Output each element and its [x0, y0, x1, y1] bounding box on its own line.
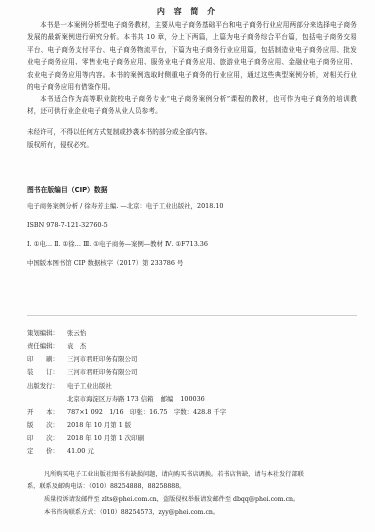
binding-row: 装 订：三河市君旺印务有限公司 — [27, 367, 137, 377]
format-row: 开 本：787×1 092 1/16 印张：16.75 字数：428.8 千字 — [27, 407, 226, 417]
footer-line-2: 系，联系及邮购电话：（010）88254888，88258888。 — [27, 482, 185, 492]
responsible-editor-value: 袁 杰 — [67, 342, 86, 350]
impression-label: 印 次： — [27, 433, 67, 443]
price-row: 定 价：41.00 元 — [27, 446, 94, 456]
cip-library-record: 中国版本图书馆 CIP 数据核字（2017）第 233786 号 — [27, 258, 183, 268]
postcode-label: 邮编 — [161, 395, 174, 403]
publisher-row: 出版发行：电子工业出版社 — [27, 381, 112, 391]
printing-row: 印 刷：三河市君旺印务有限公司 — [27, 354, 137, 364]
binding-label: 装 订： — [27, 367, 67, 377]
copyright-page: 内 容 简 介 本书是一本案例分析型电子商务教材，主要从电子商务基础平台和电子商… — [0, 0, 375, 532]
postcode-value: 100036 — [180, 395, 204, 403]
responsible-editor-label: 责任编辑： — [27, 341, 67, 351]
planning-editor-row: 策划编辑：张云怡 — [27, 328, 86, 338]
impression-row: 印 次：2018 年 10 月第 1 次印刷 — [27, 433, 144, 443]
cip-classification: Ⅰ. ①电… Ⅱ. ①徐… Ⅲ. ①电子商务—案例—教材 Ⅳ. ①F713.36 — [27, 239, 208, 249]
footer-line-1: 凡所购买电子工业出版社图书有缺损问题，请向购买书店调换。若书店售缺，请与本社发行… — [44, 470, 304, 480]
address-street: 北京市海淀区万寿路 173 信箱 — [67, 395, 154, 403]
publisher-address: 北京市海淀区万寿路 173 信箱邮编100036 — [67, 394, 212, 404]
binding-value: 三河市君旺印务有限公司 — [67, 368, 137, 376]
impression-value: 2018 年 10 月第 1 次印刷 — [67, 434, 144, 442]
printing-label: 印 刷： — [27, 354, 67, 364]
summary-paragraph-2: 本书适合作为高等职业院校电子商务专业“电子商务案例分析”课程的教材，也可作为电子… — [27, 93, 357, 118]
edition-label: 版 次： — [27, 420, 67, 430]
edition-value: 2018 年 10 月第 1 版 — [67, 421, 131, 429]
cip-title: 图书在版编目（CIP）数据 — [27, 184, 107, 194]
copyright-notice-line-1: 未经许可，不得以任何方式复制或抄袭本书的部分或全部内容。 — [27, 126, 212, 138]
price-label: 定 价： — [27, 446, 67, 456]
summary-title: 内 容 简 介 — [0, 6, 375, 17]
printing-value: 三河市君旺印务有限公司 — [67, 355, 137, 363]
publisher-value: 电子工业出版社 — [67, 382, 112, 390]
edition-row: 版 次：2018 年 10 月第 1 版 — [27, 420, 131, 430]
format-value: 787×1 092 1/16 印张：16.75 字数：428.8 千字 — [67, 408, 226, 416]
planning-editor-value: 张云怡 — [67, 329, 86, 337]
footer-line-3: 质量投诉请发邮件至 zlts@phei.com.cn，盗版侵权举报请发邮件至 d… — [44, 495, 299, 505]
price-value: 41.00 元 — [67, 447, 94, 455]
format-label: 开 本： — [27, 407, 67, 417]
cip-entry: 电子商务案例分析 / 徐寿芳主编. —北京：电子工业出版社，2018.10 — [27, 201, 223, 211]
cip-isbn: ISBN 978-7-121-32760-5 — [27, 220, 108, 230]
responsible-editor-row: 责任编辑：袁 杰 — [27, 341, 86, 351]
footer-line-4: 本书咨询联系方式：（010）88254573，zyy@phei.com.cn。 — [44, 508, 219, 518]
planning-editor-label: 策划编辑： — [27, 328, 67, 338]
copyright-notice-line-2: 版权所有，侵权必究。 — [27, 139, 93, 151]
summary-paragraph-1: 本书是一本案例分析型电子商务教材，主要从电子商务基础平台和电子商务行业应用两部分… — [27, 19, 357, 93]
publisher-label: 出版发行： — [27, 381, 67, 391]
section-divider — [27, 315, 357, 316]
